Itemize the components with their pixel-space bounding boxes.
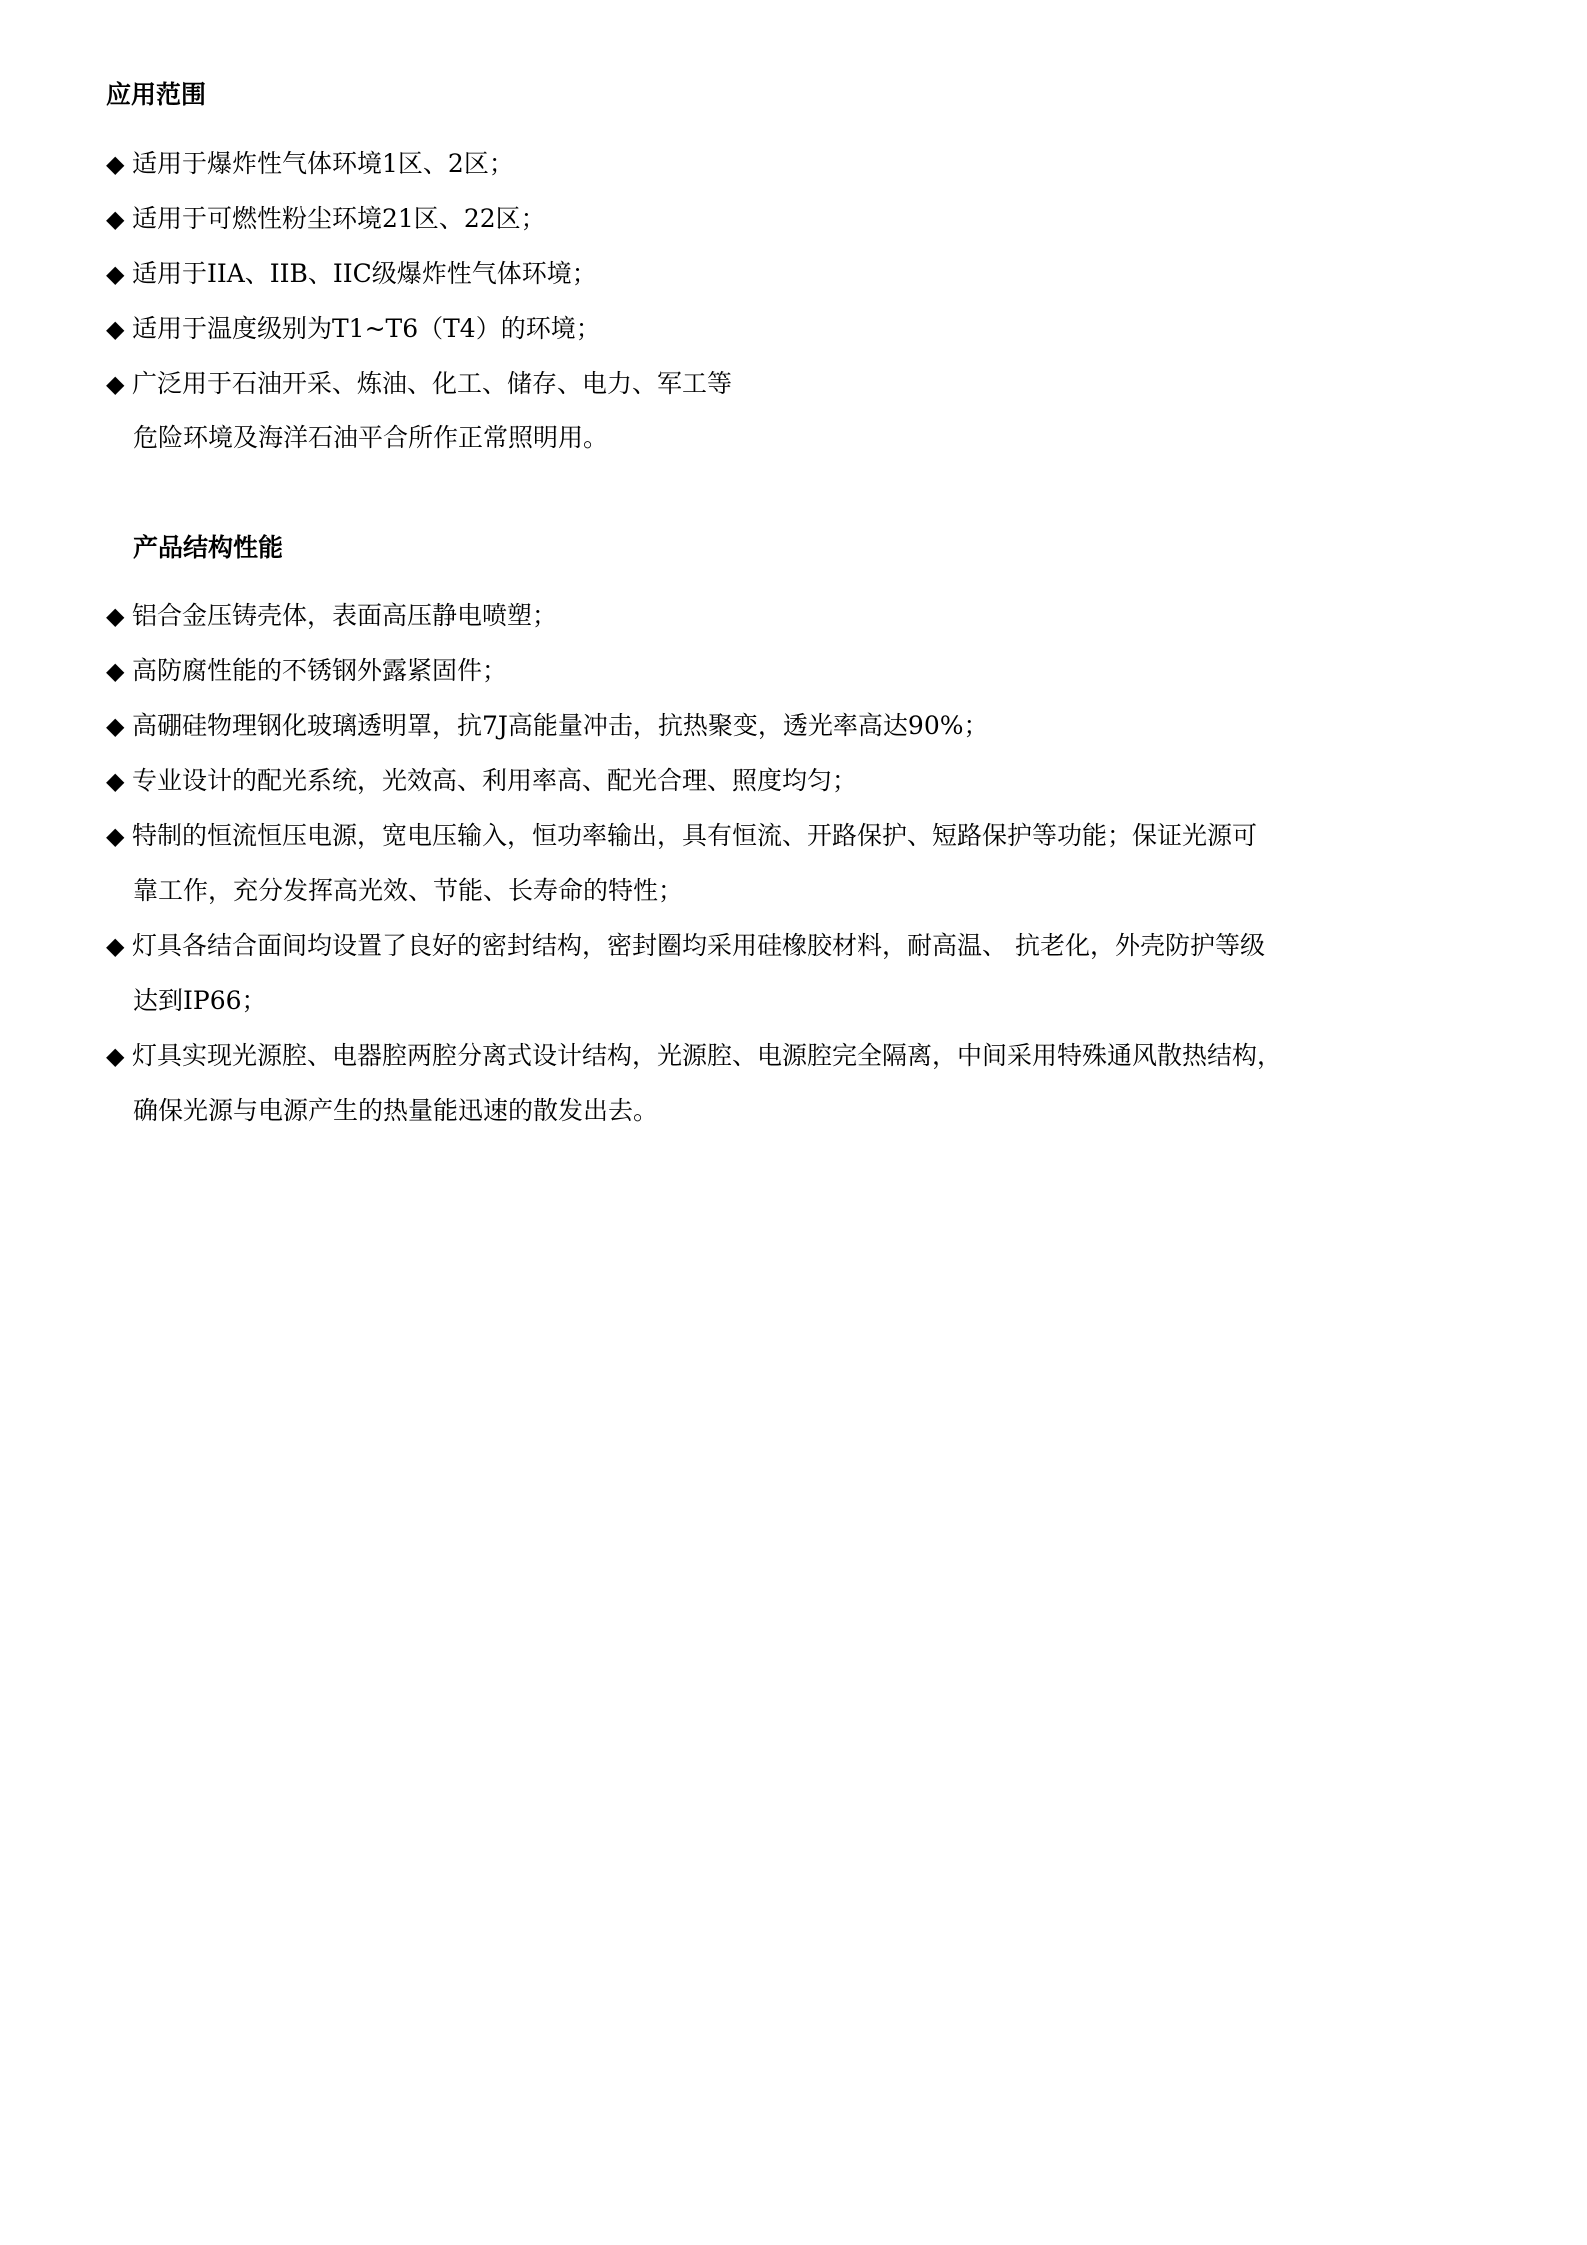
list-item: ◆灯具各结合面间均设置了良好的密封结构，密封圈均采用硅橡胶材料，耐高温、 抗老化…	[106, 931, 1265, 961]
document-page: 应用范围 ◆适用于爆炸性气体环境1区、2区； ◆适用于可燃性粉尘环境21区、22…	[0, 0, 1587, 2245]
diamond-bullet-icon: ◆	[106, 766, 132, 796]
list-item-text: 高防腐性能的不锈钢外露紧固件；	[132, 656, 507, 686]
list-item-text: 灯具各结合面间均设置了良好的密封结构，密封圈均采用硅橡胶材料，耐高温、 抗老化，…	[132, 931, 1265, 961]
list-item: ◆适用于IIA、IIB、IIC级爆炸性气体环境；	[106, 259, 597, 289]
list-item-continuation: 确保光源与电源产生的热量能迅速的散发出去。	[133, 1096, 658, 1126]
list-item-text: 适用于可燃性粉尘环境21区、22区；	[132, 204, 546, 234]
list-item: ◆专业设计的配光系统，光效高、利用率高、配光合理、照度均匀；	[106, 766, 857, 796]
diamond-bullet-icon: ◆	[106, 711, 132, 741]
diamond-bullet-icon: ◆	[106, 656, 132, 686]
list-item-continuation: 危险环境及海洋石油平合所作正常照明用。	[133, 423, 608, 453]
list-item: ◆适用于爆炸性气体环境1区、2区；	[106, 149, 514, 179]
list-item: ◆特制的恒流恒压电源，宽电压输入，恒功率输出，具有恒流、开路保护、短路保护等功能…	[106, 821, 1257, 851]
list-item: ◆铝合金压铸壳体，表面高压静电喷塑；	[106, 601, 557, 631]
list-item-text: 铝合金压铸壳体，表面高压静电喷塑；	[132, 601, 557, 631]
diamond-bullet-icon: ◆	[106, 369, 132, 399]
section-title-application-scope: 应用范围	[106, 80, 206, 110]
diamond-bullet-icon: ◆	[106, 149, 132, 179]
list-item-continuation: 靠工作，充分发挥高光效、节能、长寿命的特性；	[133, 876, 683, 906]
diamond-bullet-icon: ◆	[106, 314, 132, 344]
list-item: ◆高硼硅物理钢化玻璃透明罩，抗7J高能量冲击，抗热聚变，透光率高达90%；	[106, 711, 989, 741]
list-item: ◆广泛用于石油开采、炼油、化工、储存、电力、军工等	[106, 369, 732, 399]
list-item-text: 灯具实现光源腔、电器腔两腔分离式设计结构，光源腔、电源腔完全隔离，中间采用特殊通…	[132, 1041, 1282, 1071]
list-item: ◆高防腐性能的不锈钢外露紧固件；	[106, 656, 507, 686]
list-item-text: 适用于IIA、IIB、IIC级爆炸性气体环境；	[132, 259, 597, 289]
diamond-bullet-icon: ◆	[106, 821, 132, 851]
list-item: ◆适用于温度级别为T1~T6（T4）的环境；	[106, 314, 601, 344]
list-item: ◆灯具实现光源腔、电器腔两腔分离式设计结构，光源腔、电源腔完全隔离，中间采用特殊…	[106, 1041, 1282, 1071]
diamond-bullet-icon: ◆	[106, 931, 132, 961]
list-item-text: 适用于爆炸性气体环境1区、2区；	[132, 149, 514, 179]
list-item: ◆适用于可燃性粉尘环境21区、22区；	[106, 204, 546, 234]
diamond-bullet-icon: ◆	[106, 259, 132, 289]
list-item-text: 广泛用于石油开采、炼油、化工、储存、电力、军工等	[132, 369, 732, 399]
list-item-continuation: 达到IP66；	[133, 986, 267, 1016]
list-item-text: 特制的恒流恒压电源，宽电压输入，恒功率输出，具有恒流、开路保护、短路保护等功能；…	[132, 821, 1257, 851]
diamond-bullet-icon: ◆	[106, 601, 132, 631]
list-item-text: 专业设计的配光系统，光效高、利用率高、配光合理、照度均匀；	[132, 766, 857, 796]
diamond-bullet-icon: ◆	[106, 204, 132, 234]
section-title-product-structure: 产品结构性能	[133, 533, 283, 563]
list-item-text: 高硼硅物理钢化玻璃透明罩，抗7J高能量冲击，抗热聚变，透光率高达90%；	[132, 711, 989, 741]
list-item-text: 适用于温度级别为T1~T6（T4）的环境；	[132, 314, 601, 344]
diamond-bullet-icon: ◆	[106, 1041, 132, 1071]
